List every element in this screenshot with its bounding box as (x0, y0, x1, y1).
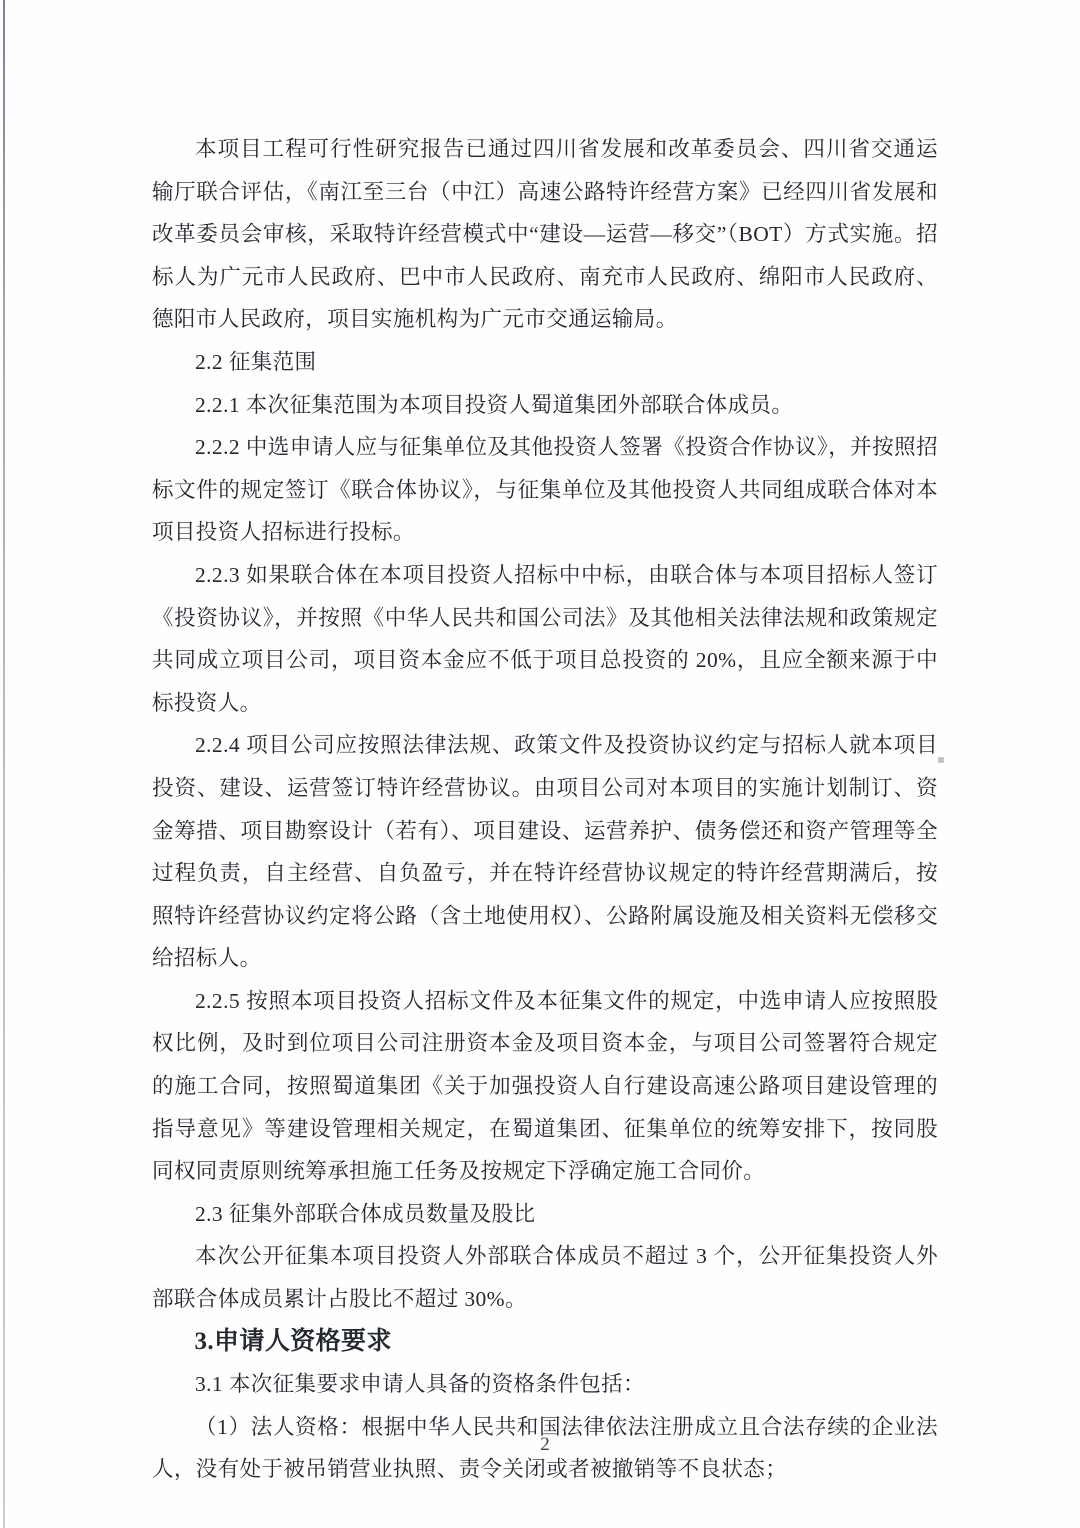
document-body: 本项目工程可行性研究报告已通过四川省发展和改革委员会、四川省交通运输厅联合评估，… (152, 128, 938, 1491)
clause-2-3-body: 本次公开征集本项目投资人外部联合体成员不超过 3 个，公开征集投资人外部联合体成… (152, 1235, 938, 1320)
page-number: 2 (152, 1434, 938, 1456)
paragraph-feasibility-intro: 本项目工程可行性研究报告已通过四川省发展和改革委员会、四川省交通运输厅联合评估，… (152, 128, 938, 341)
clause-3-1: 3.1 本次征集要求申请人具备的资格条件包括： (152, 1363, 938, 1406)
scan-artifact (938, 757, 944, 763)
scan-edge-line (3, 0, 5, 1528)
section-heading-2-3: 2.3 征集外部联合体成员数量及股比 (152, 1193, 938, 1236)
section-heading-3: 3.申请人资格要求 (152, 1321, 938, 1364)
clause-2-2-1: 2.2.1 本次征集范围为本项目投资人蜀道集团外部联合体成员。 (152, 384, 938, 427)
clause-2-2-5: 2.2.5 按照本项目投资人招标文件及本征集文件的规定，中选申请人应按照股权比例… (152, 980, 938, 1193)
clause-2-2-2: 2.2.2 中选申请人应与征集单位及其他投资人签署《投资合作协议》，并按照招标文… (152, 426, 938, 554)
clause-2-2-3: 2.2.3 如果联合体在本项目投资人招标中中标，由联合体与本项目招标人签订《投资… (152, 554, 938, 724)
section-heading-2-2: 2.2 征集范围 (152, 341, 938, 384)
clause-2-2-4: 2.2.4 项目公司应按照法律法规、政策文件及投资协议约定与招标人就本项目投资、… (152, 724, 938, 980)
document-page: 本项目工程可行性研究报告已通过四川省发展和改革委员会、四川省交通运输厅联合评估，… (0, 0, 1080, 1528)
